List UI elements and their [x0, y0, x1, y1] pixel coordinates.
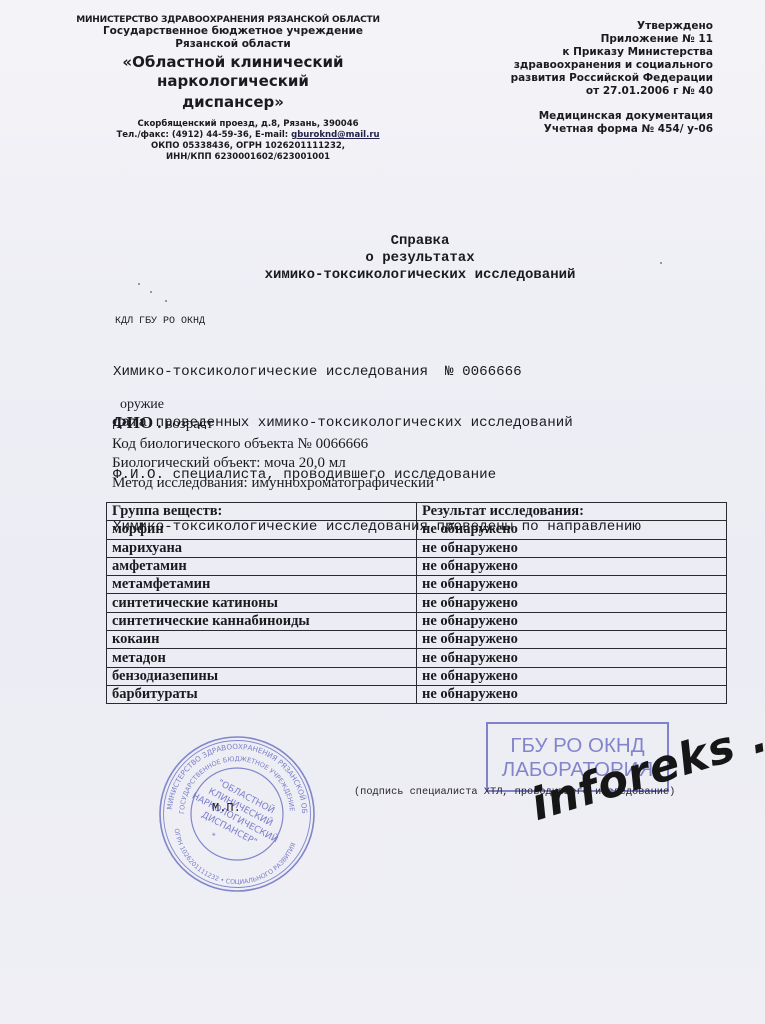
table-row: амфетаминне обнаружено [107, 557, 727, 575]
patient-name-row: ФИО . возраст [112, 413, 434, 435]
result-cell: не обнаружено [417, 521, 727, 539]
substance-group-cell: метадон [107, 649, 417, 667]
scan-speck [660, 262, 662, 264]
table-row: барбитуратыне обнаружено [107, 685, 727, 703]
substance-group-cell: морфин [107, 521, 417, 539]
approval-line: Утверждено [473, 20, 713, 33]
approval-line: от 27.01.2006 г № 40 [473, 85, 713, 98]
result-cell: не обнаружено [417, 539, 727, 557]
institution-name-line2: диспансер» [68, 93, 398, 112]
substance-group-cell: бензодиазепины [107, 667, 417, 685]
substance-group-cell: синтетические катиноны [107, 594, 417, 612]
substance-group-cell: амфетамин [107, 557, 417, 575]
document-title: Справка о результатах химико-токсикологи… [200, 233, 640, 284]
direction-value: оружие [120, 397, 164, 413]
table-row: морфинне обнаружено [107, 521, 727, 539]
phone-email: Тел./факс: (4912) 44-59-36, E-mail: gbur… [98, 130, 398, 141]
result-cell: не обнаружено [417, 612, 727, 630]
bio-object-code: Код биологического объекта № 0066666 [112, 435, 434, 455]
institution-region: Рязанской области [68, 38, 398, 51]
table-row: метамфетаминне обнаружено [107, 576, 727, 594]
document-type: Медицинская документация [473, 110, 713, 123]
result-cell: не обнаружено [417, 685, 727, 703]
table-header-row: Группа веществ: Результат исследования: [107, 503, 727, 521]
header-result: Результат исследования: [417, 503, 727, 521]
table-row: марихуанане обнаружено [107, 539, 727, 557]
result-cell: не обнаружено [417, 576, 727, 594]
substance-group-cell: барбитураты [107, 685, 417, 703]
substance-group-cell: синтетические каннабиноиды [107, 612, 417, 630]
address: Скорбященский проезд, д.8, Рязань, 39004… [98, 119, 398, 130]
result-cell: не обнаружено [417, 557, 727, 575]
research-method: Метод исследования: имуннохроматографиче… [112, 474, 434, 494]
institution-name-line1: «Областной клинический наркологический [68, 53, 398, 91]
result-cell: не обнаружено [417, 594, 727, 612]
scan-speck [150, 291, 152, 293]
result-cell: не обнаружено [417, 631, 727, 649]
substance-group-cell: кокаин [107, 631, 417, 649]
approval-line: здравоохранения и социального [473, 59, 713, 72]
email-link[interactable]: gburoknd@mail.ru [291, 130, 379, 140]
header-substance-group: Группа веществ: [107, 503, 417, 521]
seal-place-label: М.П. [212, 801, 241, 815]
svg-text:*: * [209, 831, 217, 841]
result-cell: не обнаружено [417, 667, 727, 685]
table-row: метадонне обнаружено [107, 649, 727, 667]
scan-speck [138, 283, 140, 285]
result-cell: не обнаружено [417, 649, 727, 667]
title-line: о результатах [200, 250, 640, 267]
approval-block: Утверждено Приложение № 11 к Приказу Мин… [473, 20, 713, 136]
inn-kpp: ИНН/КПП 6230001602/623001001 [98, 152, 398, 163]
title-line: Справка [200, 233, 640, 250]
results-table: Группа веществ: Результат исследования: … [106, 502, 727, 704]
ministry-name: МИНИСТЕРСТВО ЗДРАВООХРАНЕНИЯ РЯЗАНСКОЙ О… [58, 15, 398, 25]
table-row: кокаинне обнаружено [107, 631, 727, 649]
bio-object: Биологический объект: моча 20,0 мл [112, 454, 434, 474]
substance-group-cell: марихуана [107, 539, 417, 557]
okpo-ogrn: ОКПО 05338436, ОГРН 1026201111232, [98, 141, 398, 152]
lab-name: КДЛ ГБУ РО ОКНД [115, 316, 205, 327]
institution-header: МИНИСТЕРСТВО ЗДРАВООХРАНЕНИЯ РЯЗАНСКОЙ О… [68, 15, 398, 163]
research-number: Химико-токсикологические исследования № … [113, 364, 641, 381]
phone: Тел./факс: (4912) 44-59-36, E-mail: [116, 130, 291, 140]
form-number: Учетная форма № 454/ у-06 [473, 123, 713, 136]
table-row: бензодиазепиныне обнаружено [107, 667, 727, 685]
substance-group-cell: метамфетамин [107, 576, 417, 594]
approval-line: Приложение № 11 [473, 33, 713, 46]
table-row: синтетические каннабиноидыне обнаружено [107, 612, 727, 630]
title-line: химико-токсикологических исследований [200, 267, 640, 284]
patient-name: ФИО . [112, 413, 162, 432]
table-row: синтетические катиноныне обнаружено [107, 594, 727, 612]
patient-info: ФИО . возраст Код биологического объекта… [112, 413, 434, 493]
institution-contacts: Скорбященский проезд, д.8, Рязань, 39004… [98, 119, 398, 163]
scan-speck [165, 300, 167, 302]
institution-type: Государственное бюджетное учреждение [68, 25, 398, 38]
patient-age-label: возраст [165, 416, 213, 432]
approval-line: к Приказу Министерства [473, 46, 713, 59]
approval-line: развития Российской Федерации [473, 72, 713, 85]
